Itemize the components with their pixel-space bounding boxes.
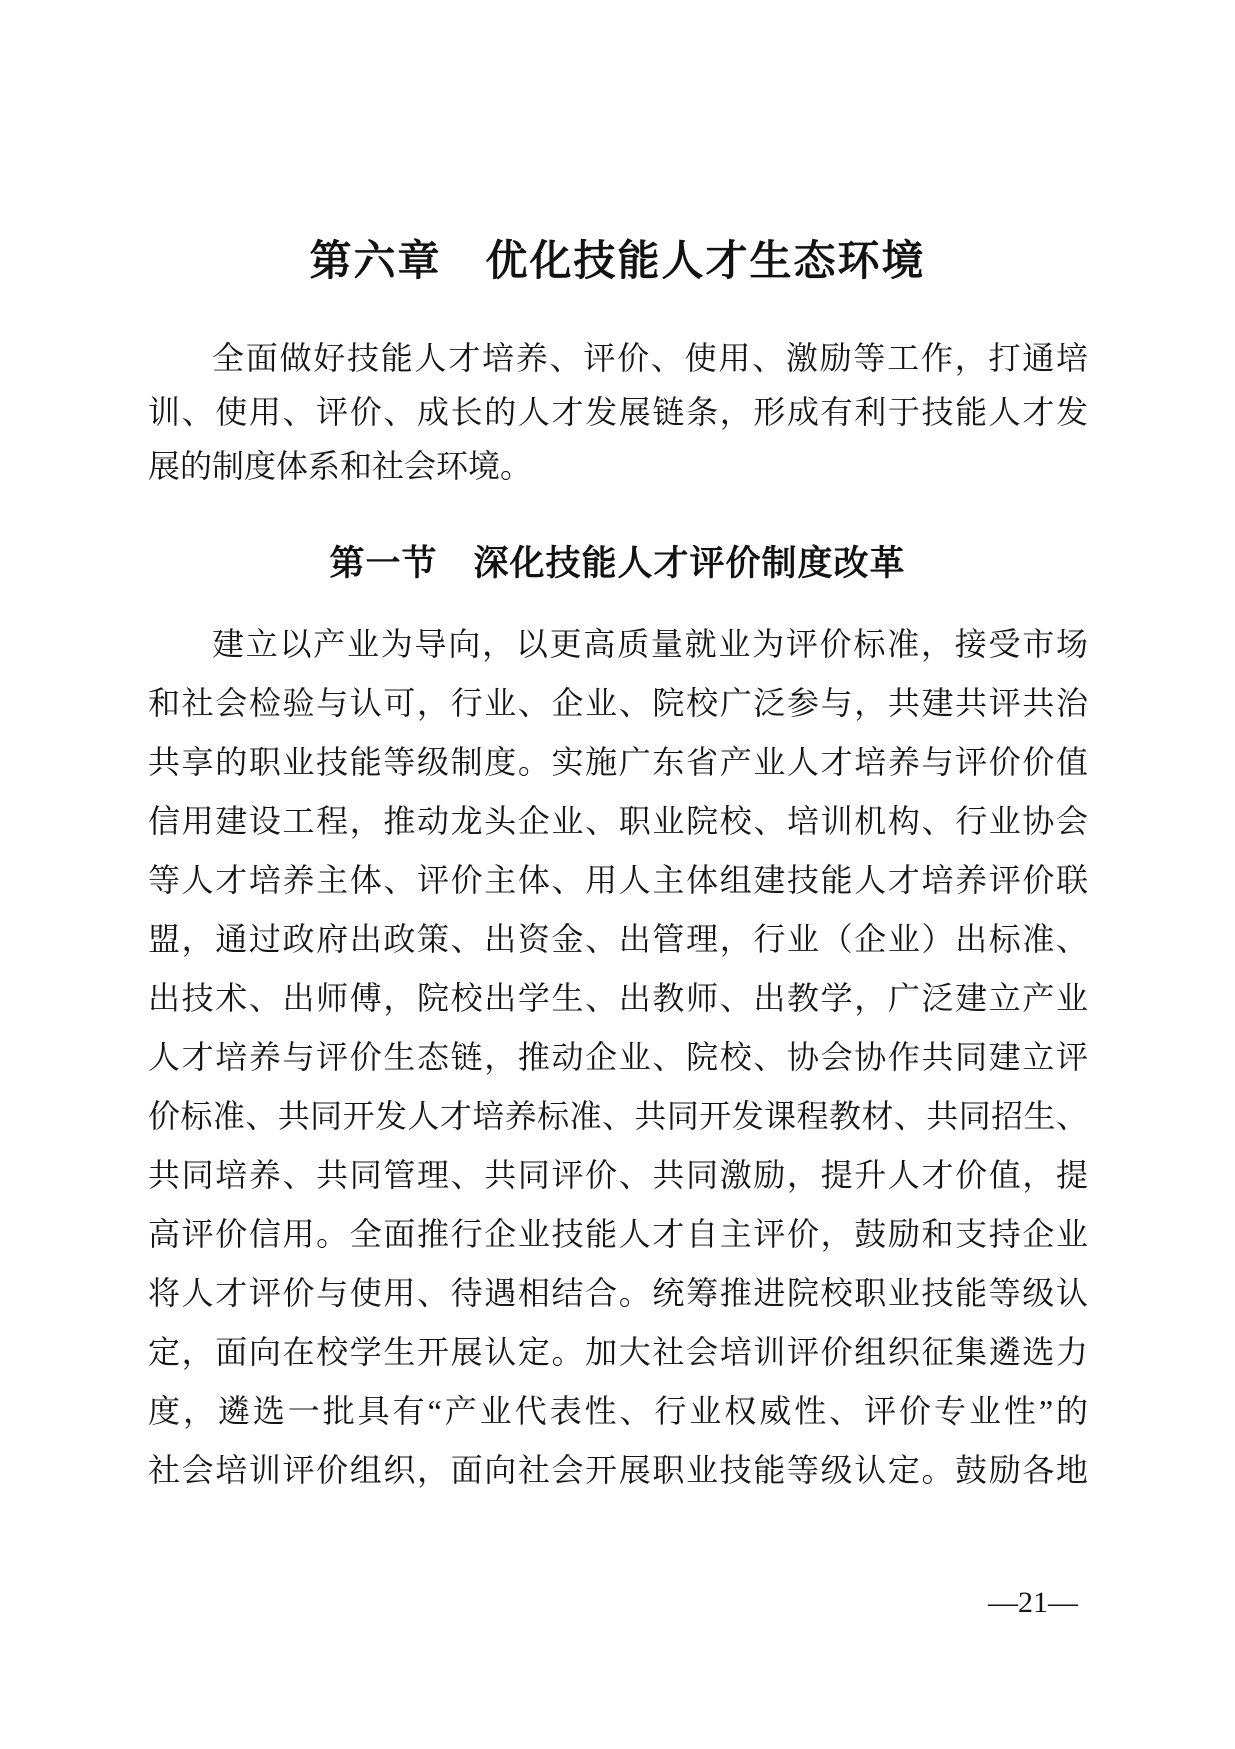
text-line: 共享的职业技能等级制度。实施广东省产业人才培养与评价价值 <box>148 733 1088 792</box>
text-line: 价标准、共同开发人才培养标准、共同开发课程教材、共同招生、 <box>148 1087 1088 1146</box>
page-number: —21— <box>988 1585 1078 1621</box>
text-line: 全面做好技能人才培养、评价、使用、激励等工作，打通培 <box>148 331 1088 385</box>
text-line: 等人才培养主体、评价主体、用人主体组建技能人才培养评价联 <box>148 851 1088 910</box>
text-line: 和社会检验与认可，行业、企业、院校广泛参与，共建共评共治 <box>148 674 1088 733</box>
text-line: 将人才评价与使用、待遇相结合。统筹推进院校职业技能等级认 <box>148 1264 1088 1323</box>
text-line: 高评价信用。全面推行企业技能人才自主评价，鼓励和支持企业 <box>148 1205 1088 1264</box>
text-line: 社会培训评价组织，面向社会开展职业技能等级认定。鼓励各地 <box>148 1441 1088 1500</box>
text-line: 人才培养与评价生态链，推动企业、院校、协会协作共同建立评 <box>148 1028 1088 1087</box>
text-line: 展的制度体系和社会环境。 <box>148 439 1088 493</box>
text-line: 度，遴选一批具有“产业代表性、行业权威性、评价专业性”的 <box>148 1382 1088 1441</box>
text-line: 信用建设工程，推动龙头企业、职业院校、培训机构、行业协会 <box>148 792 1088 851</box>
intro-paragraph: 全面做好技能人才培养、评价、使用、激励等工作，打通培训、使用、评价、成长的人才发… <box>148 331 1088 493</box>
chapter-title: 第六章 优化技能人才生态环境 <box>0 238 1235 286</box>
body-paragraph: 建立以产业为导向，以更高质量就业为评价标准，接受市场和社会检验与认可，行业、企业… <box>148 615 1088 1500</box>
document-page: 第六章 优化技能人才生态环境 全面做好技能人才培养、评价、使用、激励等工作，打通… <box>0 0 1235 1749</box>
text-line: 出技术、出师傅，院校出学生、出教师、出教学，广泛建立产业 <box>148 969 1088 1028</box>
text-line: 建立以产业为导向，以更高质量就业为评价标准，接受市场 <box>148 615 1088 674</box>
text-line: 训、使用、评价、成长的人才发展链条，形成有利于技能人才发 <box>148 385 1088 439</box>
text-line: 定，面向在校学生开展认定。加大社会培训评价组织征集遴选力 <box>148 1323 1088 1382</box>
text-line: 盟，通过政府出政策、出资金、出管理，行业（企业）出标准、 <box>148 910 1088 969</box>
section-title: 第一节 深化技能人才评价制度改革 <box>0 543 1235 585</box>
text-line: 共同培养、共同管理、共同评价、共同激励，提升人才价值，提 <box>148 1146 1088 1205</box>
